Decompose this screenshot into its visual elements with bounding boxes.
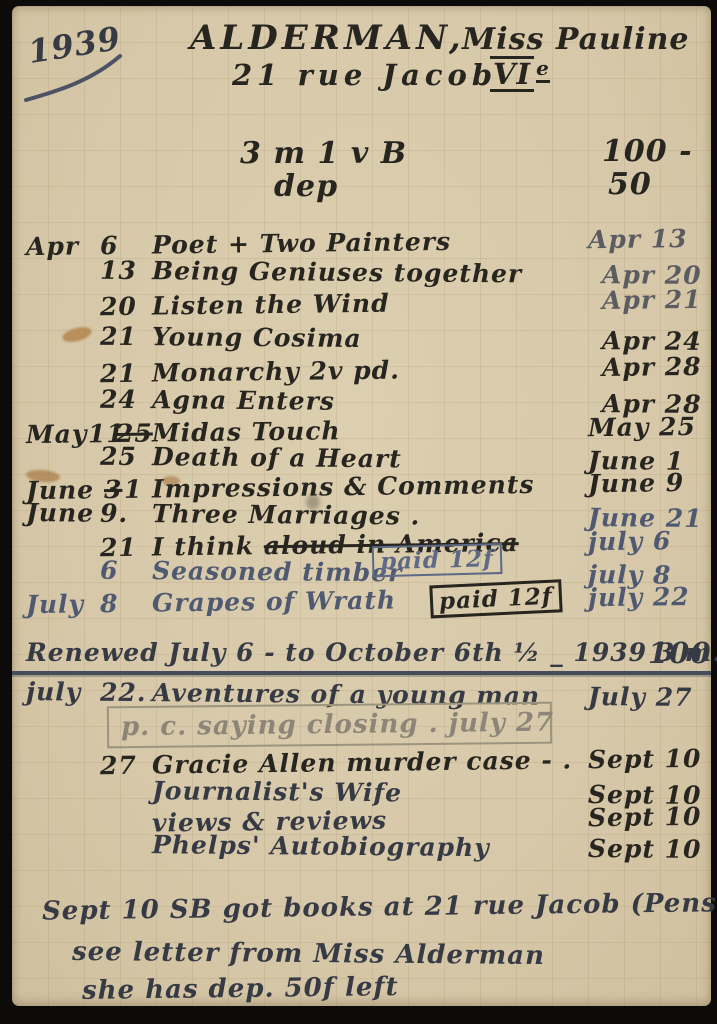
subscription-amount: 100 - <box>602 134 693 169</box>
borrow-day: 25 <box>100 442 137 471</box>
borrow-date: july <box>26 677 82 706</box>
entry-row: 21 Young Cosima Apr 24 <box>12 321 711 357</box>
book-title: Impressions & Comments <box>152 470 535 504</box>
return-date: July 27 <box>588 682 693 712</box>
borrow-day: 20 <box>100 292 137 321</box>
subscription-terms: 3 m 1 v B <box>240 136 407 171</box>
arrondissement: VIe <box>490 56 550 92</box>
entry-row: 20 Listen the Wind Apr 21 <box>12 285 711 324</box>
borrow-day: 13 <box>100 256 137 285</box>
footer-note-deposit: she has dep. 50f left <box>82 972 399 1006</box>
return-date: Sept 10 <box>588 744 702 774</box>
return-date: july 22 <box>588 582 690 612</box>
paid-stamp: paid 12f <box>372 543 502 577</box>
book-title: Poet + Two Painters <box>152 227 451 260</box>
arrondissement-numeral: VI <box>490 56 534 92</box>
borrow-day: 6 <box>100 556 119 585</box>
subscription-deposit-label: dep <box>274 169 338 204</box>
entry-row: Phelps' Autobiography Sept 10 <box>12 829 711 865</box>
renewal-note: Renewed July 6 - to October 6th ½ _ 1939… <box>26 638 717 667</box>
year-flourish <box>20 54 130 104</box>
entry-row: July 8 Grapes of Wrath paid 12f july 22 <box>12 582 711 621</box>
lending-card: 1939 ALDERMAN, Miss Pauline 21 rue Jacob… <box>12 6 711 1006</box>
cardholder-surname: ALDERMAN, <box>190 18 465 58</box>
return-date: Apr 28 <box>602 352 702 382</box>
borrow-date: July <box>26 589 84 619</box>
deposit-amount: 50 <box>608 167 652 202</box>
book-title: Agna Enters <box>152 385 335 416</box>
borrow-date: June <box>26 498 94 528</box>
cardholder-given-name: Miss Pauline <box>462 22 690 57</box>
arrondissement-suffix: e <box>536 56 550 83</box>
return-date: Apr 13 <box>588 224 688 254</box>
book-title: Journalist's Wife <box>152 776 402 807</box>
borrow-day: 24 <box>100 385 137 414</box>
book-title: Young Cosima <box>152 322 362 353</box>
borrow-day: 22. <box>100 678 147 707</box>
borrow-day: 8 <box>100 589 119 618</box>
return-date: May 25 <box>588 412 696 442</box>
book-title: Grapes of Wrath <box>152 586 396 618</box>
paid-stamp: paid 12f <box>429 579 562 618</box>
book-title: Seasoned timber <box>152 556 402 587</box>
footer-note-pension: Sept 10 SB got books at 21 rue Jacob (Pe… <box>42 887 717 926</box>
return-date: June 9 <box>588 468 685 498</box>
return-date: july 6 <box>588 526 672 556</box>
return-date: Sept 10 <box>588 802 702 832</box>
book-title: Gracie Allen murder case - . <box>152 745 573 779</box>
book-title: Being Geniuses together <box>152 256 522 288</box>
book-title: Monarchy 2v pd. <box>152 356 400 388</box>
book-title: Phelps' Autobiography <box>152 830 490 862</box>
book-title: Death of a Heart <box>152 442 402 473</box>
return-date: Sept 10 <box>588 834 702 864</box>
cardholder-address: 21 rue Jacob <box>232 58 497 92</box>
footer-note-letter: see letter from Miss Alderman <box>72 937 545 971</box>
return-date: Apr 21 <box>602 285 702 315</box>
book-title: Listen the Wind <box>152 289 390 321</box>
renewal-divider-rule <box>12 671 711 675</box>
borrow-day: 21 <box>100 322 137 351</box>
borrow-day: 9. <box>100 499 128 528</box>
renewal-amount: 100 <box>648 636 712 670</box>
book-title: Three Marriages . <box>152 499 420 530</box>
pencil-closing-note: p. c. saying closing . july 27 <box>107 702 552 749</box>
